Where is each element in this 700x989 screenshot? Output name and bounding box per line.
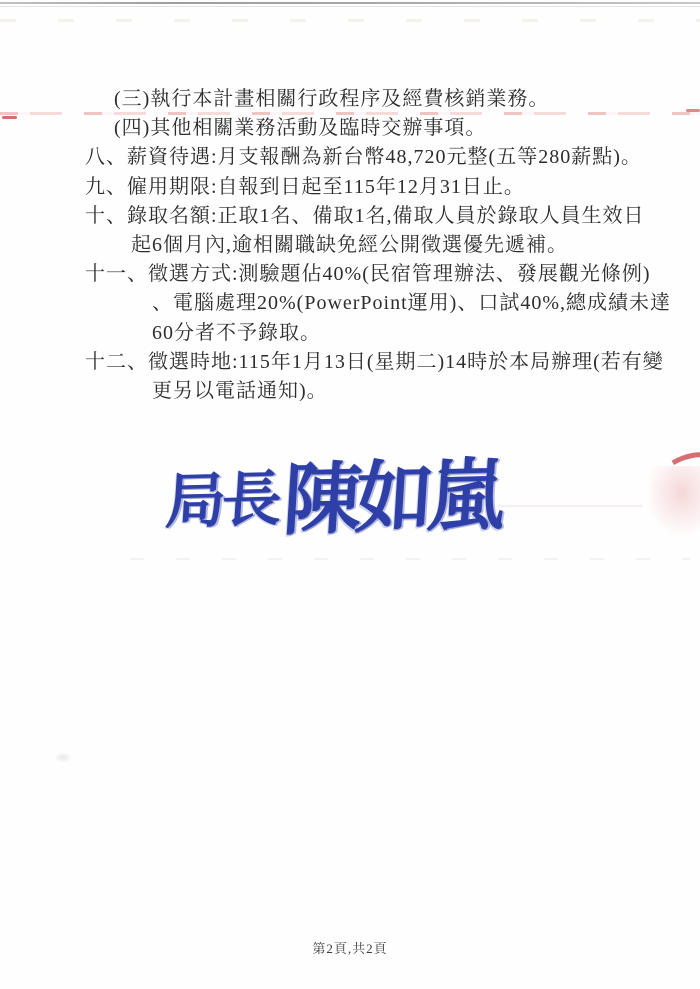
body-line-selection-cont2: 60分者不予錄取。: [0, 319, 700, 348]
body-line-quota: 十、錄取名額:正取1名、備取1名,備取人員於錄取人員生效日: [0, 202, 700, 231]
body-line-selection-time-cont: 更另以電話通知)。: [0, 377, 700, 406]
document-body: (三)執行本計畫相關行政程序及經費核銷業務。 (四)其他相關業務活動及臨時交辦事…: [0, 85, 700, 406]
body-line-quota-cont: 起6個月內,逾相關職缺免經公開徵選優先遞補。: [0, 231, 700, 260]
scan-streak-artifact: [498, 505, 643, 507]
stamp-title-text: 局長: [163, 451, 280, 540]
body-line-salary: 八、薪資待遇:月支報酬為新台幣48,720元整(五等280薪點)。: [0, 143, 700, 172]
body-line-item3: (三)執行本計畫相關行政程序及經費核銷業務。: [0, 85, 700, 114]
body-line-item4: (四)其他相關業務活動及臨時交辦事項。: [0, 114, 700, 143]
body-line-selection-time: 十二、徵選時地:115年1月13日(星期二)14時於本局辦理(若有變: [0, 348, 700, 377]
scan-edge-line: [0, 2, 700, 4]
red-seal-mist: [646, 466, 700, 536]
scan-smudge-artifact: [54, 752, 72, 763]
director-signature-stamp: 局長 陳如嵐: [163, 432, 504, 555]
scan-edge-line-light: [0, 6, 700, 7]
body-line-selection-method: 十一、徵選方式:測驗題佔40%(民宿管理辦法、發展觀光條例): [0, 260, 700, 289]
scan-noise-band: [0, 19, 700, 22]
scan-dashes-artifact: [130, 558, 690, 560]
page-number-footer: 第2頁,共2頁: [0, 938, 700, 957]
scanned-document-page: (三)執行本計畫相關行政程序及經費核銷業務。 (四)其他相關業務活動及臨時交辦事…: [0, 0, 700, 989]
body-line-employment-term: 九、僱用期限:自報到日起至115年12月31日止。: [0, 173, 700, 202]
stamp-name-text: 陳如嵐: [281, 433, 504, 551]
body-line-selection-cont1: 、電腦處理20%(PowerPoint運用)、口試40%,總成績未達: [0, 289, 700, 318]
